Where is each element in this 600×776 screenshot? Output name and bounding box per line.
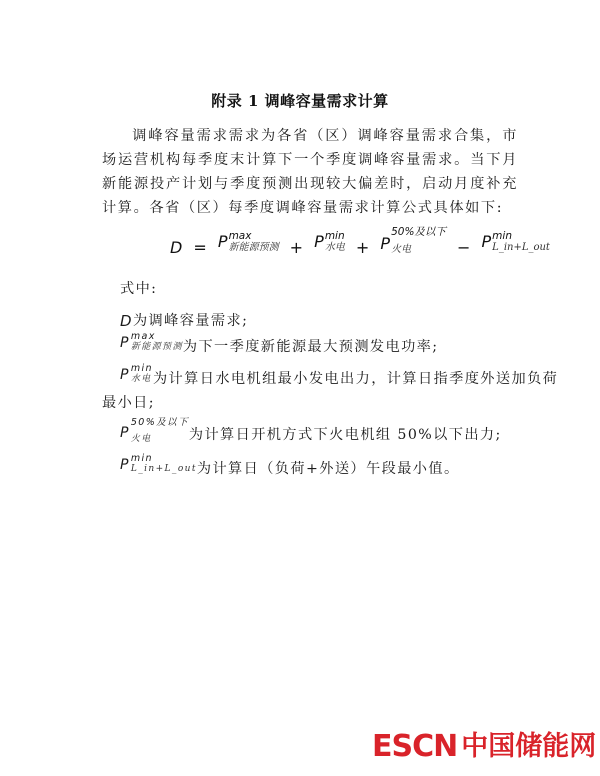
definition-text: 为计算日（负荷+外送）午段最小值。	[197, 458, 460, 480]
symbol-renewable: Pmax新能源预测	[120, 332, 183, 354]
superscript: min	[131, 454, 197, 464]
subscript: 火电	[131, 434, 189, 444]
superscript: max	[131, 332, 183, 342]
formula-plus: +	[356, 236, 369, 260]
script: max新能源预测	[229, 230, 279, 254]
definition-text: 为计算日水电机组最小发电出力，计算日指季度外送加负荷	[153, 368, 558, 390]
definition-thermal: P50%及以下火电 为计算日开机方式下火电机组 50%以下出力;	[120, 424, 502, 446]
symbol-p: P	[120, 367, 130, 383]
symbol-thermal: P50%及以下火电	[120, 418, 189, 444]
subscript: 新能源预测	[229, 242, 279, 254]
formula-plus: +	[290, 236, 303, 260]
formula: D = Pmax新能源预测 + Pmin水电 + P50%及以下火电 − Pmi…	[170, 236, 550, 276]
symbol-p: P	[120, 425, 130, 441]
symbol-p: P	[120, 457, 130, 473]
symbol-p: P	[380, 234, 390, 253]
superscript: 50%及以下	[131, 418, 189, 428]
definition-text: 为下一季度新能源最大预测发电功率;	[183, 336, 439, 358]
definition-d: D为调峰容量需求;	[120, 310, 248, 332]
superscript: 50%及以下	[391, 226, 446, 238]
superscript: max	[229, 230, 279, 242]
superscript: min	[492, 230, 550, 242]
symbol-p: P	[482, 232, 492, 251]
definition-text: 为调峰容量需求;	[133, 310, 248, 332]
definition-renewable: Pmax新能源预测 为下一季度新能源最大预测发电功率;	[120, 336, 438, 358]
superscript: min	[131, 364, 153, 374]
symbol-hydro: Pmin水电	[120, 364, 153, 386]
symbol-p: P	[120, 335, 130, 351]
definition-hydro: Pmin水电 为计算日水电机组最小发电出力，计算日指季度外送加负荷	[120, 368, 558, 390]
logo-en: ESCN	[372, 730, 457, 764]
formula-term-hydro: Pmin水电	[314, 230, 345, 254]
script: 50%及以下火电	[131, 418, 189, 444]
script: minL_in+L_out	[492, 230, 550, 254]
script: 50%及以下火电	[391, 226, 446, 256]
intro-paragraph-text: 调峰容量需求需求为各省（区）调峰容量需求合集，市场运营机构每季度末计算下一个季度…	[102, 128, 518, 216]
subscript: 新能源预测	[131, 342, 183, 352]
subscript: L_in+L_out	[131, 464, 197, 474]
superscript: min	[325, 230, 345, 242]
formula-term-thermal: P50%及以下火电	[380, 226, 446, 256]
script: minL_in+L_out	[131, 454, 197, 474]
subscript: 火电	[391, 244, 446, 256]
subscript: 水电	[131, 374, 153, 384]
formula-lhs: D	[170, 236, 182, 260]
symbol-p: P	[314, 232, 324, 251]
definition-text: 为计算日开机方式下火电机组 50%以下出力;	[189, 424, 502, 446]
formula-minus: −	[457, 236, 470, 260]
formula-term-renewable: Pmax新能源预测	[218, 230, 279, 254]
symbol-load: PminL_in+L_out	[120, 454, 197, 476]
symbol-d: D	[120, 310, 133, 332]
definition-load: PminL_in+L_out 为计算日（负荷+外送）午段最小值。	[120, 458, 460, 480]
intro-paragraph: 调峰容量需求需求为各省（区）调峰容量需求合集，市场运营机构每季度末计算下一个季度…	[102, 124, 518, 220]
script: max新能源预测	[131, 332, 183, 352]
symbol-p: P	[218, 232, 228, 251]
formula-term-load: PminL_in+L_out	[482, 230, 550, 254]
where-label: 式中:	[120, 278, 157, 300]
script: min水电	[325, 230, 345, 254]
document-page: 附录 1 调峰容量需求计算 调峰容量需求需求为各省（区）调峰容量需求合集，市场运…	[0, 0, 600, 776]
definition-hydro-continuation: 最小日;	[102, 392, 155, 414]
escn-watermark-logo: ESCN中国储能网	[372, 730, 596, 764]
formula-equals: =	[193, 236, 206, 260]
appendix-title: 附录 1 调峰容量需求计算	[0, 90, 600, 111]
logo-cn: 中国储能网	[461, 730, 596, 764]
script: min水电	[131, 364, 153, 384]
subscript: L_in+L_out	[492, 242, 550, 254]
subscript: 水电	[325, 242, 345, 254]
